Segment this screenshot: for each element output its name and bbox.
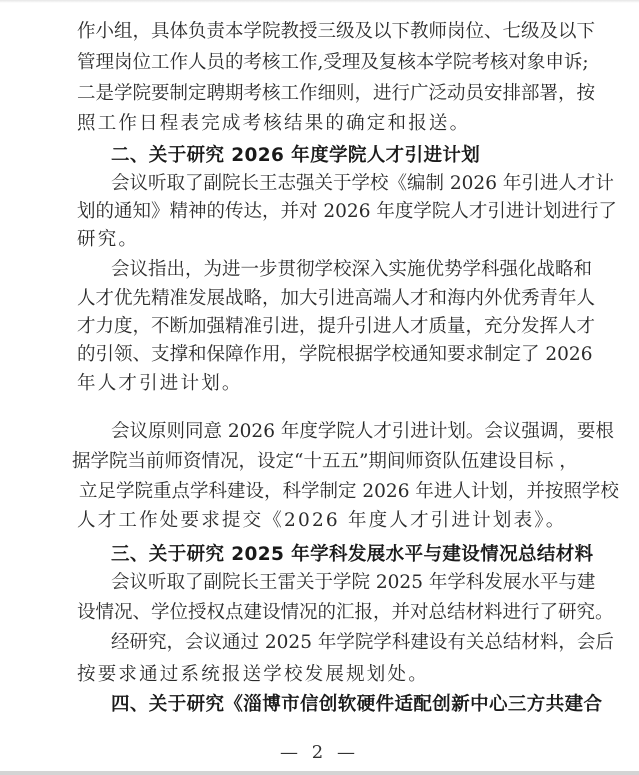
paragraph-line: 据学院当前师资情况，设定“十五五”期间师资队伍建设目标 ， bbox=[72, 448, 534, 476]
paragraph-line: 人才优先精准发展战略，加大引进高端人才和海内外优秀青年人 bbox=[77, 285, 557, 313]
paragraph-line: 人才工作处要求提交《2026 年度人才引进计划表》。 bbox=[77, 507, 557, 535]
section-heading-3: 三、关于研究 2025 年学科发展水平与建设情况总结材料 bbox=[111, 541, 591, 569]
paragraph-line: 才力度，不断加强精准引进，提升引进人才质量，充分发挥人才 bbox=[77, 313, 557, 341]
paragraph-line: 二是学院要制定聘期考核工作细则，进行广泛动员安排部署，按 bbox=[77, 80, 557, 108]
paragraph-line: 划的通知》精神的传达，并对 2026 年度学院人才引进计划进行了 bbox=[77, 198, 557, 226]
paragraph-line: 会议听取了副院长王雷关于学院 2025 年学科发展水平与建 bbox=[111, 569, 557, 597]
page-bottom-edge bbox=[0, 771, 639, 775]
section-heading-2: 二、关于研究 2026 年度学院人才引进计划 bbox=[111, 142, 591, 170]
paragraph-line: 设情况、学位授权点建设情况的汇报，并对总结材料进行了研究。 bbox=[77, 599, 557, 627]
paragraph-line: 会议听取了副院长王志强关于学校《编制 2026 年引进人才计 bbox=[111, 170, 557, 198]
paragraph-line: 立足学院重点学科建设，科学制定 2026 年进人计划，并按照学校 bbox=[79, 478, 557, 506]
paragraph-line: 会议指出，为进一步贯彻学校深入实施优势学科强化战略和 bbox=[111, 256, 557, 284]
paragraph-line: 的引领、支撑和保障作用，学院根据学校通知要求制定了 2026 bbox=[77, 341, 557, 369]
paragraph-line: 年人才引进计划。 bbox=[77, 370, 557, 398]
paragraph-line: 作小组，具体负责本学院教授三级及以下教师岗位、七级及以下 bbox=[77, 18, 557, 46]
paragraph-line: 研究。 bbox=[77, 226, 557, 254]
page-top-edge bbox=[0, 0, 639, 3]
paragraph-line: 经研究，会议通过 2025 年学院学科建设有关总结材料，会后 bbox=[111, 629, 557, 657]
paragraph-line: 按要求通过系统报送学校发展规划处。 bbox=[77, 661, 557, 689]
page-number: — 2 — bbox=[0, 742, 639, 763]
section-heading-4: 四、关于研究《淄博市信创软硬件适配创新中心三方共建合 bbox=[111, 691, 591, 719]
paragraph-line: 照工作日程表完成考核结果的确定和报送。 bbox=[77, 110, 557, 138]
paragraph-line: 管理岗位工作人员的考核工作,受理及复核本学院考核对象申诉; bbox=[77, 49, 557, 77]
paragraph-line: 会议原则同意 2026 年度学院人才引进计划。会议强调，要根 bbox=[111, 418, 557, 446]
